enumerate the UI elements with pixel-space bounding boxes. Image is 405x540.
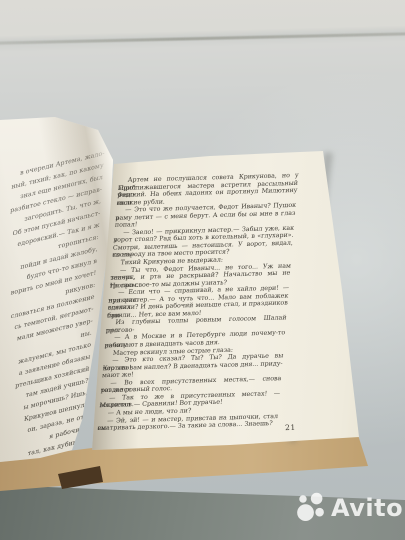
- right-page-text: Артем не послушался совета Крикунова, но…: [97, 172, 299, 433]
- windowsill-seam: [0, 32, 405, 44]
- avito-watermark: Avito: [297, 492, 403, 523]
- avito-label: Avito: [331, 494, 403, 522]
- book-photo: в очереди Артема, жало-ный, тихий; как, …: [0, 0, 405, 540]
- avito-logo-icon: [297, 492, 326, 523]
- page-number: 21: [285, 423, 296, 432]
- right-page: Артем не послушался совета Крикунова, но…: [70, 140, 370, 460]
